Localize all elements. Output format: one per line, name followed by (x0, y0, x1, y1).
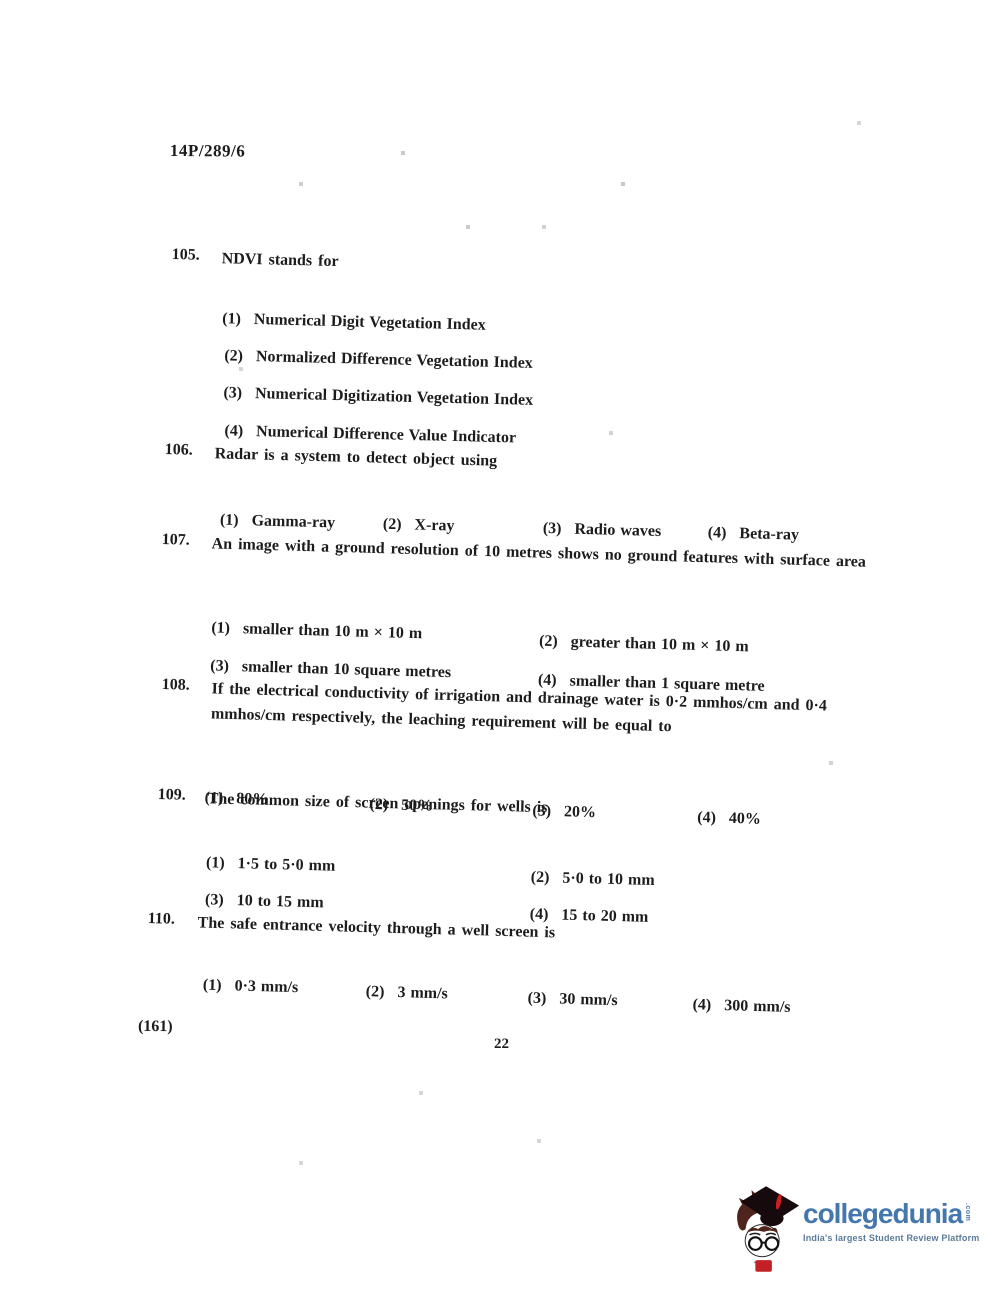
option-1: (1)Gamma-ray (220, 511, 336, 532)
option-3: (3)Numerical Digitization Vegetation Ind… (223, 384, 533, 410)
question-number: 106. (165, 441, 215, 460)
brand-name: collegedunia (803, 1200, 962, 1228)
option-1: (1)Numerical Digit Vegetation Index (222, 310, 486, 334)
brand-tagline: India's largest Student Review Platform (803, 1233, 979, 1243)
option-2: (2)Normalized Difference Vegetation Inde… (224, 347, 533, 373)
scan-artifacts (0, 0, 2, 2)
option-1: (1)0·3 mm/s (203, 976, 299, 997)
option-2: (2)5·0 to 10 mm (530, 869, 654, 890)
question-text: NDVI stands for (221, 247, 338, 275)
question-105: 105. NDVI stands for (1)Numerical Digit … (167, 246, 892, 468)
question-number: 109. (158, 786, 208, 805)
question-number: 105. (172, 246, 222, 265)
option-3: (3)30 mm/s (527, 989, 617, 1010)
question-number: 108. (161, 676, 211, 695)
scanned-exam-page: 14P/289/6 105. NDVI stands for (1)Numeri… (0, 0, 993, 1303)
option-4: (4)Beta-ray (708, 524, 800, 544)
option-4: (4)300 mm/s (692, 996, 790, 1017)
option-3: (3)10 to 15 mm (205, 891, 324, 912)
option-2: (2)3 mm/s (366, 983, 448, 1003)
page-number: 22 (494, 1036, 509, 1053)
question-number: 107. (161, 531, 211, 550)
collegedunia-logo: collegedunia .com India's largest Studen… (733, 1186, 989, 1272)
option-1: (1)smaller than 10 m × 10 m (211, 619, 422, 643)
question-number: 110. (147, 910, 197, 929)
option-2: (2)X-ray (383, 516, 455, 536)
paper-code: 14P/289/6 (170, 141, 245, 162)
booklet-serial: (161) (138, 1018, 173, 1036)
option-3: (3)Radio waves (543, 520, 662, 541)
brand-suffix: .com (964, 1203, 971, 1221)
graduate-boy-icon (733, 1186, 803, 1272)
option-2: (2)greater than 10 m × 10 m (539, 632, 749, 656)
option-1: (1)1·5 to 5·0 mm (206, 854, 336, 875)
